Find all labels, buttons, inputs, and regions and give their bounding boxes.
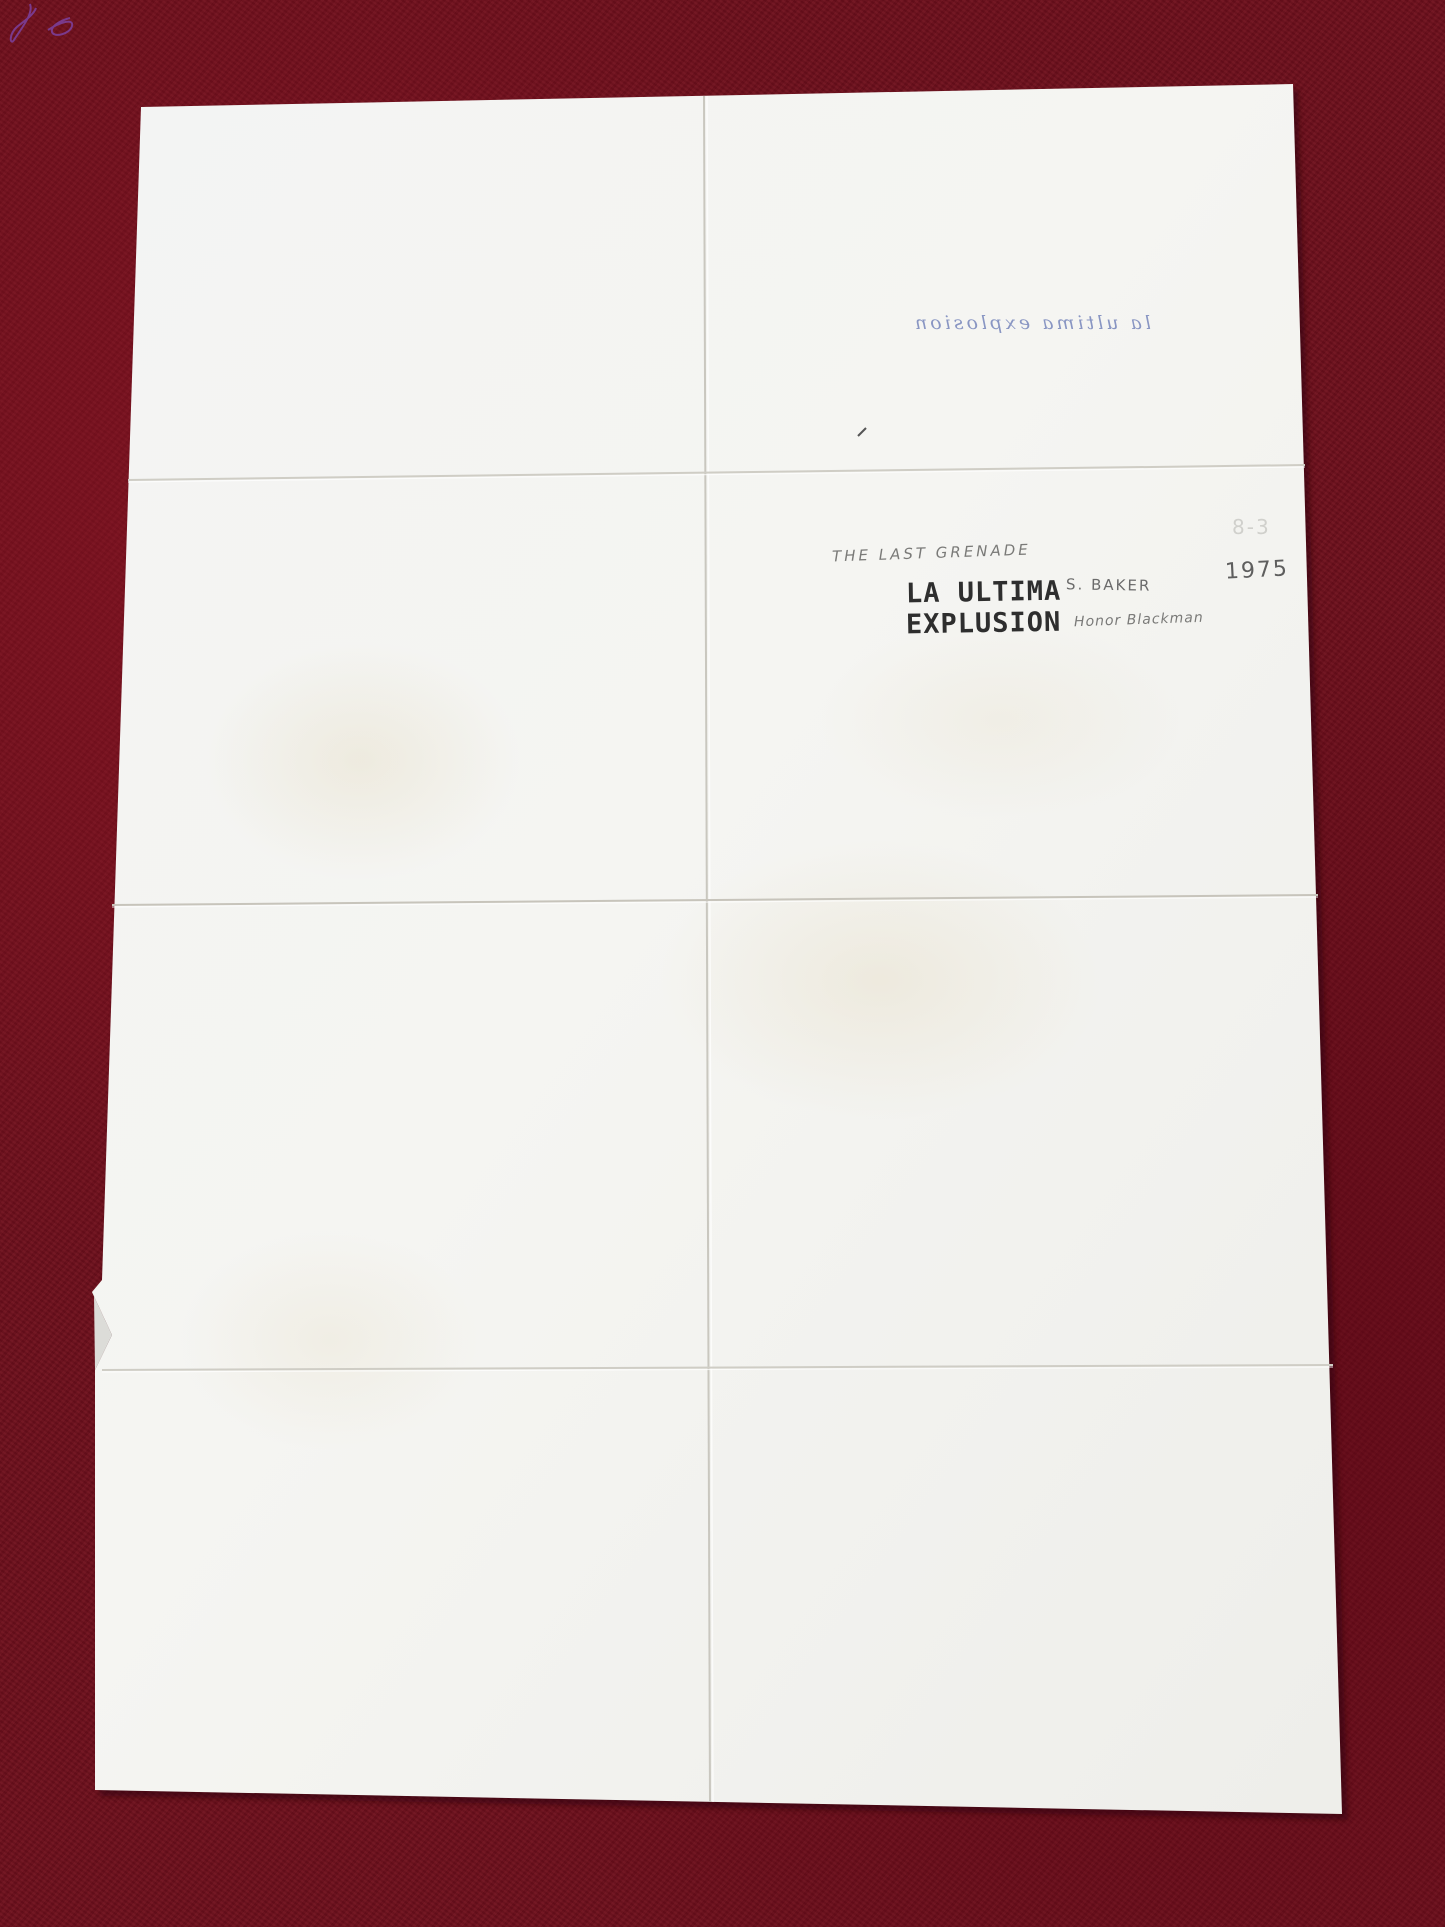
poster-paper-shape	[0, 0, 1445, 1927]
folded-poster-back: 8-3 la ultima explosion The Last Grenade…	[0, 0, 1445, 1927]
mirrored-blue-ink-note: la ultima explosion	[912, 312, 1151, 334]
pencil-corner-mark: 8-3	[1232, 515, 1271, 539]
spanish-title-line-1: LA ULTIMA	[906, 576, 1062, 610]
purple-ink-squiggle-icon	[0, 0, 100, 50]
actor-note-baker: S. BAKER	[1066, 575, 1152, 594]
spanish-title-line-2: EXPLUSION	[906, 607, 1062, 641]
year-note: 1975	[1224, 556, 1289, 584]
